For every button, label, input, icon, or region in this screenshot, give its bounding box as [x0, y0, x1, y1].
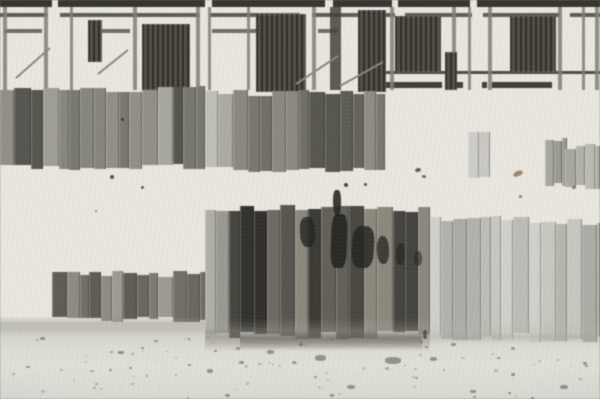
stains-and-marks	[0, 0, 600, 399]
dark-stain	[95, 210, 97, 212]
dark-stain	[415, 167, 422, 172]
ground-debris	[315, 355, 326, 361]
dark-stain	[396, 243, 406, 265]
dark-stain	[121, 118, 124, 121]
ground-debris	[40, 337, 45, 340]
dark-stain	[110, 175, 114, 179]
ground-debris	[330, 394, 334, 397]
dark-stain	[330, 214, 348, 269]
dark-stain	[512, 169, 523, 178]
ground-debris	[225, 394, 230, 397]
dark-stain	[351, 225, 375, 268]
ground-debris	[347, 385, 355, 389]
dark-stain	[141, 186, 144, 189]
dark-stain	[364, 183, 367, 186]
ground-debris	[511, 373, 515, 376]
photograph	[0, 0, 600, 399]
ground-debris	[583, 362, 587, 365]
ground-debris	[560, 385, 568, 389]
ground-debris	[451, 343, 456, 346]
dark-stain	[344, 183, 348, 187]
ground-debris	[470, 390, 476, 393]
ground-debris	[207, 369, 213, 373]
ground-debris	[118, 351, 124, 354]
dark-stain	[333, 190, 341, 216]
ground-debris	[239, 361, 244, 364]
dark-stain	[299, 217, 316, 248]
ground-debris	[385, 357, 401, 364]
dark-stain	[422, 175, 426, 179]
ground-debris	[267, 350, 274, 354]
dark-stain	[519, 195, 522, 198]
ground-debris	[430, 357, 437, 361]
dark-stain	[572, 186, 576, 190]
ground-debris	[154, 340, 158, 342]
dark-stain	[377, 236, 390, 264]
dark-stain	[414, 251, 422, 266]
dark-stain	[423, 330, 427, 339]
ground-debris	[299, 343, 303, 346]
